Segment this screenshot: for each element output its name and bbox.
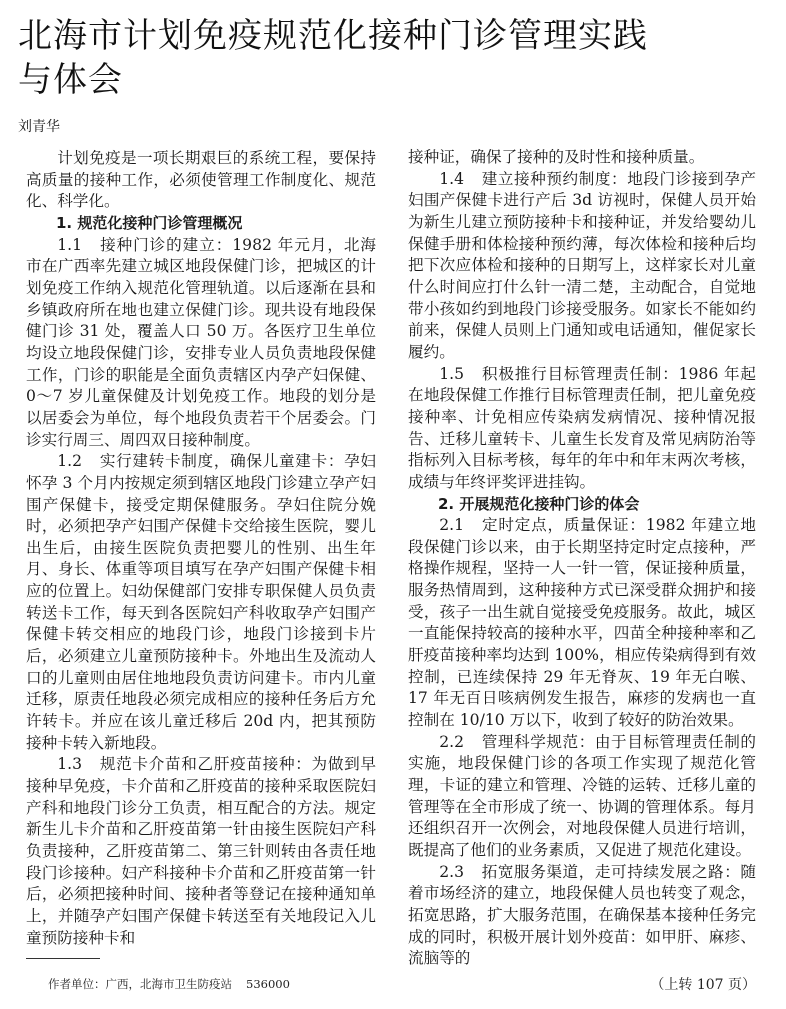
section-heading-1: 1. 规范化接种门诊管理概况 <box>26 213 376 235</box>
subsection-text: 建立接种预约制度：地段门诊接到孕产妇围产保健卡进行产后 3d 访视时，保健人员开… <box>408 170 756 361</box>
subsection-2-3: 2.3拓宽服务渠道，走可持续发展之路：随着市场经济的建立，地段保健人员也转变了观… <box>408 862 756 970</box>
section-heading-2: 2. 开展规范化接种门诊的体会 <box>408 494 756 516</box>
author-affiliation: 作者单位：广西，北海市卫生防疫站536000 <box>48 977 290 991</box>
subsection-number: 1.5 <box>439 365 464 383</box>
article-title: 北海市计划免疫规范化接种门诊管理实践与体会 <box>18 14 658 102</box>
subsection-number: 2.2 <box>439 733 464 751</box>
affiliation-label: 作者单位：广西，北海市卫生防疫站 <box>48 977 232 991</box>
subsection-text: 实行建转卡制度，确保儿童建卡：孕妇怀孕 3 个月内按规定须到辖区地段门诊建立孕产… <box>26 452 376 752</box>
column-right: 接种证，确保了接种的及时性和接种质量。 1.4建立接种预约制度：地段门诊接到孕产… <box>408 147 756 970</box>
subsection-1-5: 1.5积极推行目标管理责任制：1986 年起在地段保健工作推行目标管理责任制，把… <box>408 364 756 494</box>
continued-on-page-note: （上转 107 页） <box>650 976 756 994</box>
subsection-1-3-continuation: 接种证，确保了接种的及时性和接种质量。 <box>408 147 756 169</box>
subsection-1-4: 1.4建立接种预约制度：地段门诊接到孕产妇围产保健卡进行产后 3d 访视时，保健… <box>408 169 756 364</box>
column-left: 计划免疫是一项长期艰巨的系统工程，要保持高质量的接种工作，必须使管理工作制度化、… <box>26 148 376 949</box>
subsection-1-3: 1.3规范卡介苗和乙肝疫苗接种：为做到早接种早免疫，卡介苗和乙肝疫苗的接种采取医… <box>26 754 376 949</box>
subsection-text: 管理科学规范：由于目标管理责任制的实施，地段保健门诊的各项工作实现了规范化管理，… <box>408 733 756 859</box>
postal-code: 536000 <box>246 977 290 991</box>
subsection-number: 1.4 <box>439 170 464 188</box>
subsection-number: 2.3 <box>439 863 464 881</box>
subsection-text: 规范卡介苗和乙肝疫苗接种：为做到早接种早免疫，卡介苗和乙肝疫苗的接种采取医院妇产… <box>26 755 376 946</box>
subsection-2-1: 2.1定时定点，质量保证：1982 年建立地段保健门诊以来，由于长期坚持定时定点… <box>408 515 756 732</box>
subsection-number: 1.1 <box>57 236 82 254</box>
subsection-text: 定时定点，质量保证：1982 年建立地段保健门诊以来，由于长期坚持定时定点接种，… <box>408 516 756 729</box>
intro-paragraph: 计划免疫是一项长期艰巨的系统工程，要保持高质量的接种工作，必须使管理工作制度化、… <box>26 148 376 213</box>
footnote-divider <box>26 958 100 959</box>
subsection-number: 1.2 <box>57 452 82 470</box>
subsection-number: 2.1 <box>439 516 464 534</box>
subsection-number: 1.3 <box>57 755 82 773</box>
subsection-text: 接种门诊的建立：1982 年元月，北海市在广西率先建立城区地段保健门诊，把城区的… <box>26 236 376 449</box>
subsection-1-2: 1.2实行建转卡制度，确保儿童建卡：孕妇怀孕 3 个月内按规定须到辖区地段门诊建… <box>26 451 376 754</box>
subsection-1-1: 1.1接种门诊的建立：1982 年元月，北海市在广西率先建立城区地段保健门诊，把… <box>26 235 376 452</box>
author-name: 刘青华 <box>18 118 60 136</box>
subsection-2-2: 2.2管理科学规范：由于目标管理责任制的实施，地段保健门诊的各项工作实现了规范化… <box>408 732 756 862</box>
subsection-text: 积极推行目标管理责任制：1986 年起在地段保健工作推行目标管理责任制，把儿童免… <box>408 365 756 491</box>
